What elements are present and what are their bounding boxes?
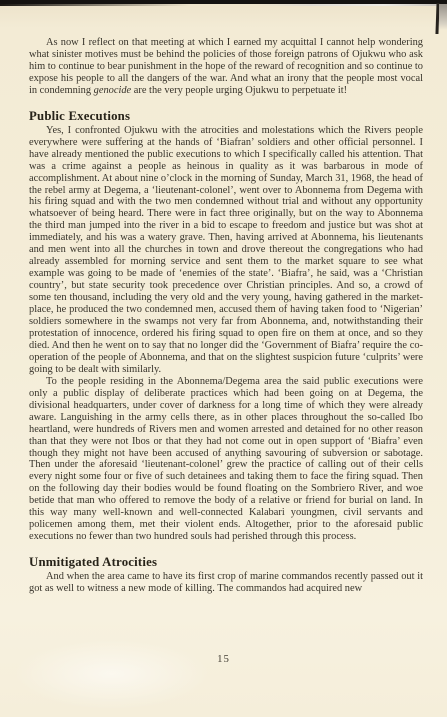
section-heading-unmitigated-atrocities: Unmitigated Atrocities (29, 555, 423, 569)
page-number: 15 (0, 653, 447, 665)
paragraph-public-executions-1: Yes, I confronted Ojukwu with the atroci… (29, 125, 423, 376)
paragraph-unmitigated-atrocities-1: And when the area came to have its first… (29, 571, 423, 595)
scan-edge-top-left (0, 4, 190, 6)
page-edge-highlight (255, 4, 439, 6)
intro-paragraph: As now I reflect on that meeting at whic… (29, 37, 423, 97)
intro-text-post: are the very people urging Ojukwu to per… (131, 85, 347, 96)
book-page: As now I reflect on that meeting at whic… (0, 0, 447, 717)
page-content: As now I reflect on that meeting at whic… (29, 37, 423, 595)
intro-italic-word: genocide (94, 85, 132, 96)
page-corner-shadow (439, 4, 447, 30)
paragraph-public-executions-2: To the people residing in the Abonnema/D… (29, 376, 423, 543)
section-heading-public-executions: Public Executions (29, 109, 423, 123)
